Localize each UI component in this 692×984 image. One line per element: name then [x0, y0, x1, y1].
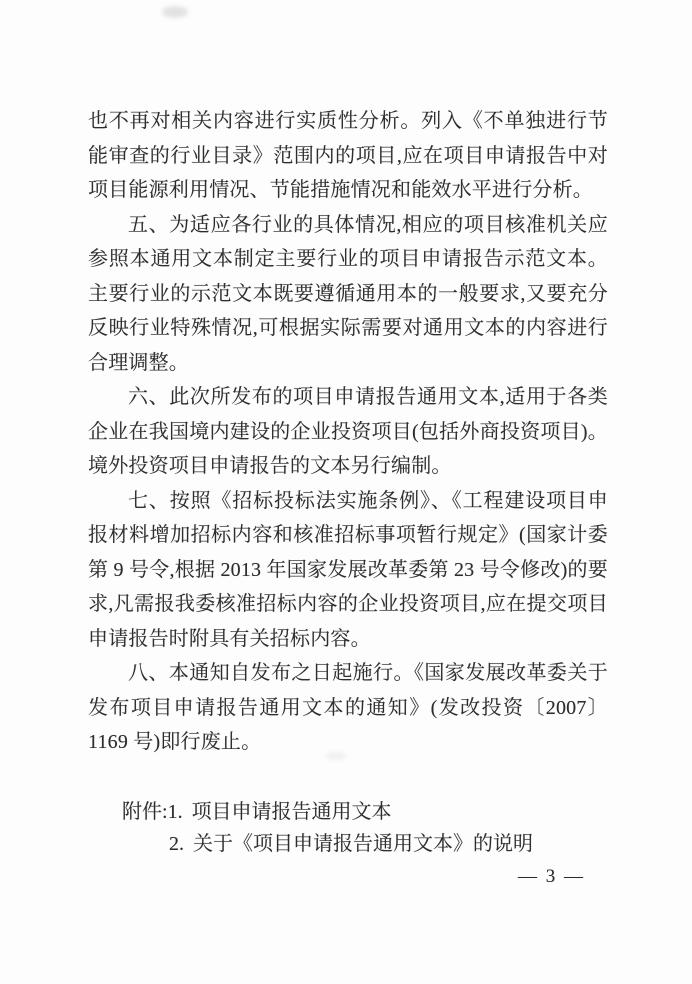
attachment-line-1: 附件:1.项目申请报告通用文本 [122, 796, 608, 828]
paragraph-continuation: 也不再对相关内容进行实质性分析。列入《不单独进行节能审查的行业目录》范围内的项目… [88, 104, 608, 208]
attachment-title: 关于《项目申请报告通用文本》的说明 [193, 833, 533, 855]
paragraph-item-5: 五、为适应各行业的具体情况,相应的项目核准机关应参照本通用文本制定主要行业的项目… [88, 208, 608, 381]
paragraph-item-7: 七、按照《招标投标法实施条例》、《工程建设项目申报材料增加招标内容和核准招标事项… [88, 484, 608, 657]
attachments-label: 附件: [122, 801, 168, 823]
paragraph-item-6: 六、此次所发布的项目申请报告通用文本,适用于各类企业在我国境内建设的企业投资项目… [88, 380, 608, 484]
paragraph-item-8: 八、本通知自发布之日起施行。《国家发展改革委关于发布项目申请报告通用文本的通知》… [88, 656, 608, 760]
page-number: — 3 — [518, 866, 585, 888]
attachments-block: 附件:1.项目申请报告通用文本 2.关于《项目申请报告通用文本》的说明 [122, 796, 608, 860]
attachment-title: 项目申请报告通用文本 [192, 801, 392, 823]
attachment-line-2: 2.关于《项目申请报告通用文本》的说明 [122, 828, 608, 860]
attachment-number: 2. [169, 833, 184, 855]
attachment-number: 1. [168, 801, 183, 823]
scan-smudge [162, 6, 188, 18]
document-body: 也不再对相关内容进行实质性分析。列入《不单独进行节能审查的行业目录》范围内的项目… [88, 104, 608, 860]
scanned-document-page: 也不再对相关内容进行实质性分析。列入《不单独进行节能审查的行业目录》范围内的项目… [0, 0, 692, 984]
